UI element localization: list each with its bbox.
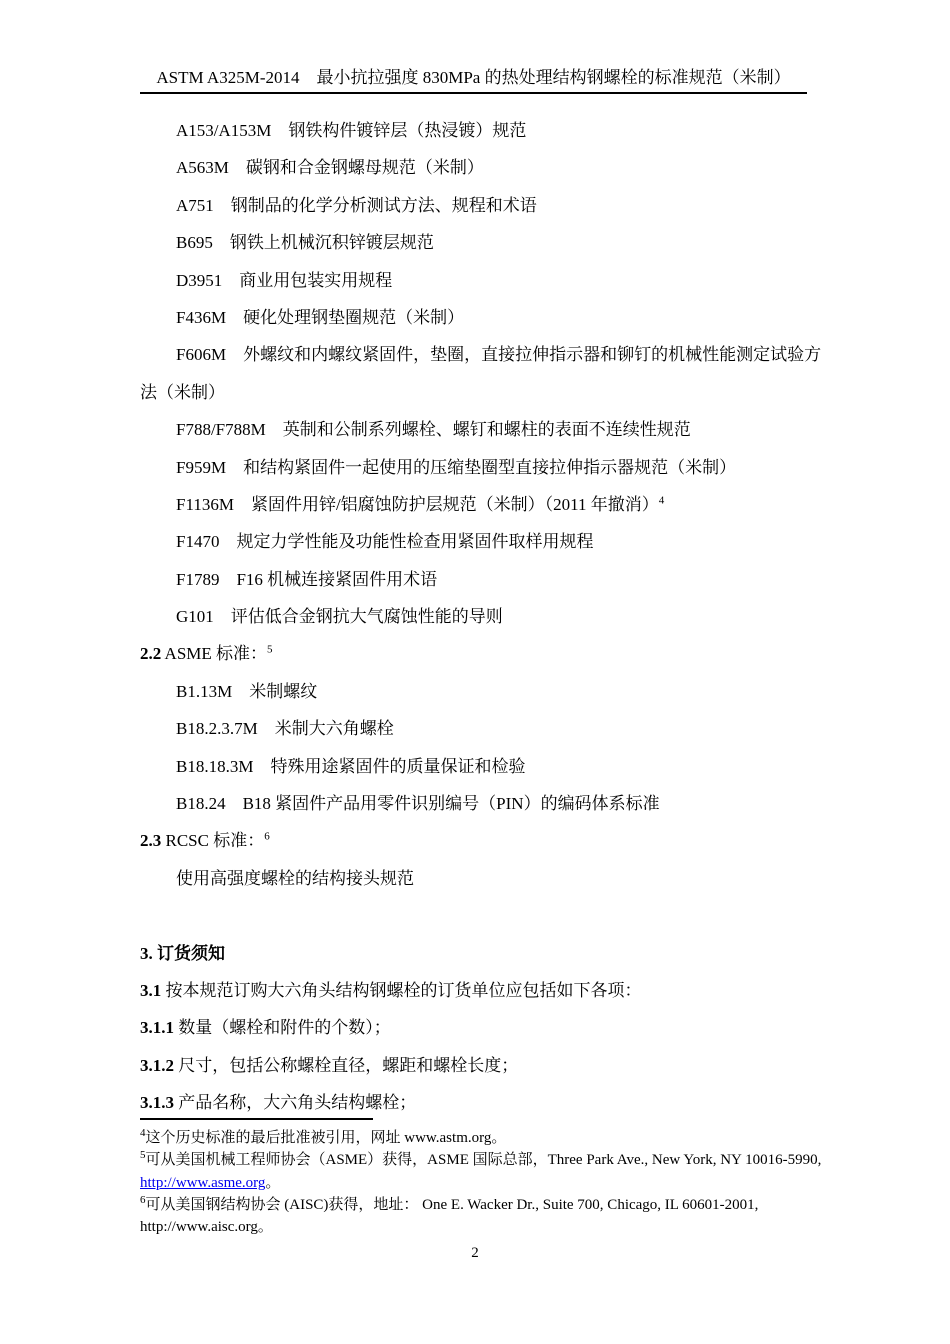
footnotes-section: 4这个历史标准的最后批准被引用，网址 www.astm.org。5可从美国机械工… (140, 1118, 850, 1238)
numbered-clause: 3.1.2 尺寸，包括公称螺栓直径，螺距和螺栓长度； (140, 1047, 807, 1084)
header-rule (140, 92, 807, 94)
paragraph-text: 使用高强度螺栓的结构接头规范 (176, 869, 414, 888)
footnote-reference-mark: 5 (267, 644, 273, 656)
footnote-text: http://www.aisc.org。 (140, 1219, 273, 1235)
clause-number: 3.1.3 (140, 1093, 174, 1112)
footnote-hyperlink[interactable]: http://www.asme.org (140, 1175, 265, 1191)
numbered-clause: 2.3 RCSC 标准：6 (140, 822, 807, 859)
paragraph-text: 法（米制） (140, 383, 225, 402)
paragraph-text: A751 钢制品的化学分析测试方法、规程和术语 (176, 196, 537, 215)
standard-reference-item: B695 钢铁上机械沉积锌镀层规范 (140, 224, 807, 261)
standard-reference-item: F436M 硬化处理钢垫圈规范（米制） (140, 299, 807, 336)
standard-reference-item: F1789 F16 机械连接紧固件用术语 (140, 561, 807, 598)
numbered-clause: 3.1.1 数量（螺栓和附件的个数）； (140, 1009, 807, 1046)
paragraph-text: F1470 规定力学性能及功能性检查用紧固件取样用规程 (176, 532, 593, 551)
numbered-clause: 3.1 按本规范订购大六角头结构钢螺栓的订货单位应包括如下各项： (140, 972, 807, 1009)
paragraph-text: B18.24 B18 紧固件产品用零件识别编号（PIN）的编码体系标准 (176, 794, 660, 813)
page-number: 2 (0, 1245, 950, 1262)
paragraph-text: F606M 外螺纹和内螺纹紧固件，垫圈，直接拉伸指示器和铆钉的机械性能测定试验方 (176, 345, 821, 364)
footnote-reference-mark: 4 (659, 494, 665, 506)
paragraph-text: F1136M 紧固件用锌/铝腐蚀防护层规范（米制）（2011 年撤消） (176, 495, 659, 514)
paragraph-text: 按本规范订购大六角头结构钢螺栓的订货单位应包括如下各项： (161, 981, 641, 1000)
standard-reference-item: G101 评估低合金钢抗大气腐蚀性能的导则 (140, 598, 807, 635)
standard-reference-item: F1470 规定力学性能及功能性检查用紧固件取样用规程 (140, 523, 807, 560)
footnote-text: 可从美国机械工程师协会（ASME）获得，ASME 国际总部，Three Park… (146, 1152, 822, 1168)
footnote-line: 6可从美国钢结构协会 (AISC)获得，地址： One E. Wacker Dr… (140, 1194, 850, 1216)
paragraph-text: D3951 商业用包装实用规程 (176, 271, 392, 290)
standard-reference-item: F959M 和结构紧固件一起使用的压缩垫圈型直接拉伸指示器规范（米制） (140, 449, 807, 486)
paragraph-text: A563M 碳钢和合金钢螺母规范（米制） (176, 158, 484, 177)
paragraph-text: F959M 和结构紧固件一起使用的压缩垫圈型直接拉伸指示器规范（米制） (176, 458, 736, 477)
paragraph-text: ASME 标准： (161, 644, 267, 663)
paragraph-text: F788/F788M 英制和公制系列螺栓、螺钉和螺柱的表面不连续性规范 (176, 420, 691, 439)
footnote-line: http://www.asme.org。 (140, 1172, 850, 1194)
document-body: A153/A153M 钢铁构件镀锌层（热浸镀）规范A563M 碳钢和合金钢螺母规… (140, 112, 807, 1122)
clause-number: 2.3 (140, 831, 161, 850)
paragraph-text: 3. 订货须知 (140, 944, 225, 963)
section-heading: 3. 订货须知 (140, 935, 807, 972)
standard-reference-item: B18.2.3.7M 米制大六角螺栓 (140, 710, 807, 747)
footnote-text: 可从美国钢结构协会 (AISC)获得，地址： One E. Wacker Dr.… (146, 1197, 759, 1213)
footnote-separator (140, 1118, 373, 1120)
paragraph-text: B1.13M 米制螺纹 (176, 682, 317, 701)
clause-number: 3.1 (140, 981, 161, 1000)
paragraph-text: F1789 F16 机械连接紧固件用术语 (176, 570, 437, 589)
standard-reference-item: A563M 碳钢和合金钢螺母规范（米制） (140, 149, 807, 186)
standard-reference-item: F788/F788M 英制和公制系列螺栓、螺钉和螺柱的表面不连续性规范 (140, 411, 807, 448)
document-page: ASTM A325M-2014 最小抗拉强度 830MPa 的热处理结构钢螺栓的… (0, 0, 950, 1344)
standard-reference-item: F606M 外螺纹和内螺纹紧固件，垫圈，直接拉伸指示器和铆钉的机械性能测定试验方 (140, 336, 807, 373)
clause-number: 2.2 (140, 644, 161, 663)
paragraph-continuation: 法（米制） (140, 374, 807, 411)
paragraph-text: 尺寸，包括公称螺栓直径，螺距和螺栓长度； (174, 1056, 518, 1075)
footnote-text: 。 (265, 1175, 280, 1191)
standard-reference-item: A153/A153M 钢铁构件镀锌层（热浸镀）规范 (140, 112, 807, 149)
clause-number: 3.1.2 (140, 1056, 174, 1075)
numbered-clause: 3.1.3 产品名称，大六角头结构螺栓； (140, 1084, 807, 1121)
standard-reference-item: F1136M 紧固件用锌/铝腐蚀防护层规范（米制）（2011 年撤消）4 (140, 486, 807, 523)
footnote-line: http://www.aisc.org。 (140, 1216, 850, 1238)
standard-reference-item: A751 钢制品的化学分析测试方法、规程和术语 (140, 187, 807, 224)
numbered-clause: 2.2 ASME 标准：5 (140, 635, 807, 672)
paragraph-text: 数量（螺栓和附件的个数）； (174, 1018, 391, 1037)
paragraph-text: B18.2.3.7M 米制大六角螺栓 (176, 719, 394, 738)
standard-reference-item: 使用高强度螺栓的结构接头规范 (140, 860, 807, 897)
paragraph-text: F436M 硬化处理钢垫圈规范（米制） (176, 308, 464, 327)
spacer-line (140, 897, 807, 934)
standard-reference-item: B18.18.3M 特殊用途紧固件的质量保证和检验 (140, 748, 807, 785)
paragraph-text: 产品名称，大六角头结构螺栓； (174, 1093, 416, 1112)
footnote-line: 5可从美国机械工程师协会（ASME）获得，ASME 国际总部，Three Par… (140, 1149, 850, 1171)
clause-number: 3.1.1 (140, 1018, 174, 1037)
footnote-reference-mark: 6 (264, 831, 270, 843)
standard-reference-item: B18.24 B18 紧固件产品用零件识别编号（PIN）的编码体系标准 (140, 785, 807, 822)
paragraph-text: RCSC 标准： (161, 831, 264, 850)
running-header-title: ASTM A325M-2014 最小抗拉强度 830MPa 的热处理结构钢螺栓的… (140, 63, 807, 88)
paragraph-text: B695 钢铁上机械沉积锌镀层规范 (176, 233, 434, 252)
paragraph-text: B18.18.3M 特殊用途紧固件的质量保证和检验 (176, 757, 525, 776)
standard-reference-item: B1.13M 米制螺纹 (140, 673, 807, 710)
footnote-line: 4这个历史标准的最后批准被引用，网址 www.astm.org。 (140, 1127, 850, 1149)
paragraph-text: G101 评估低合金钢抗大气腐蚀性能的导则 (176, 607, 503, 626)
paragraph-text: A153/A153M 钢铁构件镀锌层（热浸镀）规范 (176, 121, 526, 140)
footnote-text: 这个历史标准的最后批准被引用，网址 www.astm.org。 (146, 1130, 507, 1146)
standard-reference-item: D3951 商业用包装实用规程 (140, 262, 807, 299)
